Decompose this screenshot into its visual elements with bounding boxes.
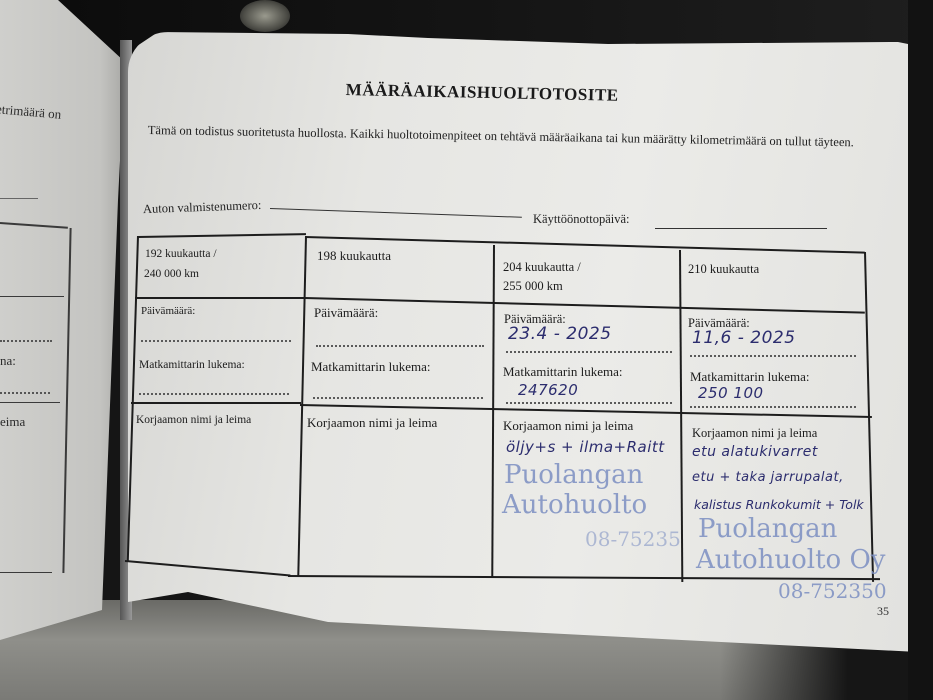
left-table-border: [62, 228, 71, 573]
workshop-stamp-line: Autohuolto Oy: [696, 545, 885, 575]
background-object: [240, 0, 290, 32]
interval-km: 255 000 km: [503, 276, 563, 296]
date-field[interactable]: [316, 345, 484, 347]
left-table-border: [0, 222, 68, 229]
interval-label: 198 kuukautta: [317, 246, 391, 266]
date-field[interactable]: [141, 340, 291, 342]
left-table-border: [0, 296, 64, 297]
workshop-stamp-line: Puolangan: [698, 514, 837, 544]
odometer-label: Matkamittarin lukema:: [311, 357, 431, 377]
date-field[interactable]: [690, 355, 856, 357]
left-page-underline: [0, 198, 38, 199]
interval-label: 204 kuukautta /: [503, 257, 581, 277]
workshop-stamp-phone: 08-752350: [778, 579, 887, 603]
workshop-label: Korjaamon nimi ja leima: [503, 416, 633, 436]
odometer-field[interactable]: [139, 393, 289, 395]
interval-label: 210 kuukautta: [688, 259, 759, 279]
odometer-field[interactable]: [313, 397, 483, 399]
workshop-note: etu alatukivarret: [692, 444, 818, 460]
workshop-label: Korjaamon nimi ja leima: [307, 413, 437, 433]
date-field[interactable]: [506, 351, 672, 353]
left-dotted-line: [0, 392, 50, 394]
date-label: Päivämäärä:: [141, 301, 195, 321]
background-edge: [908, 0, 933, 700]
odometer-value[interactable]: 247620: [518, 381, 578, 399]
commissioning-field[interactable]: [655, 228, 827, 229]
odometer-label: Matkamittarin lukema:: [139, 355, 245, 375]
left-table-border: [0, 572, 52, 573]
workshop-label: Korjaamon nimi ja leima: [136, 410, 251, 430]
page-number: 35: [877, 604, 889, 619]
commissioning-label: Käyttöönottopäivä:: [533, 212, 630, 227]
left-page: etrimäärä on na: eima: [0, 0, 125, 640]
interval-label: 192 kuukautta /: [145, 244, 217, 264]
odometer-label: Matkamittarin lukema:: [503, 362, 623, 382]
left-page-fragment: etrimäärä on: [0, 101, 62, 123]
date-value[interactable]: 11,6 - 2025: [692, 328, 796, 348]
left-table-border: [0, 402, 60, 403]
table-border: [135, 297, 305, 299]
workshop-stamp-line: Puolangan: [504, 460, 643, 490]
left-dotted-line: [0, 340, 52, 342]
odometer-field[interactable]: [690, 406, 856, 408]
odometer-field[interactable]: [506, 402, 672, 404]
workshop-note: öljy+s + ilma+Raitt: [506, 438, 665, 456]
interval-km: 240 000 km: [144, 264, 199, 284]
odometer-value[interactable]: 250 100: [698, 384, 764, 402]
workshop-stamp-line: Autohuolto: [502, 490, 647, 520]
date-label: Päivämäärä:: [314, 303, 378, 323]
left-page-fragment: eima: [0, 414, 25, 430]
workshop-note: kalistus Runkokumit + Tolk: [694, 497, 864, 512]
workshop-note: etu + taka jarrupalat,: [692, 470, 844, 485]
workshop-label: Korjaamon nimi ja leima: [692, 423, 817, 443]
table-border: [131, 402, 301, 404]
date-value[interactable]: 23.4 - 2025: [508, 324, 612, 344]
workshop-stamp-phone: 08-75235: [585, 527, 681, 551]
left-page-fragment: na:: [0, 353, 16, 369]
